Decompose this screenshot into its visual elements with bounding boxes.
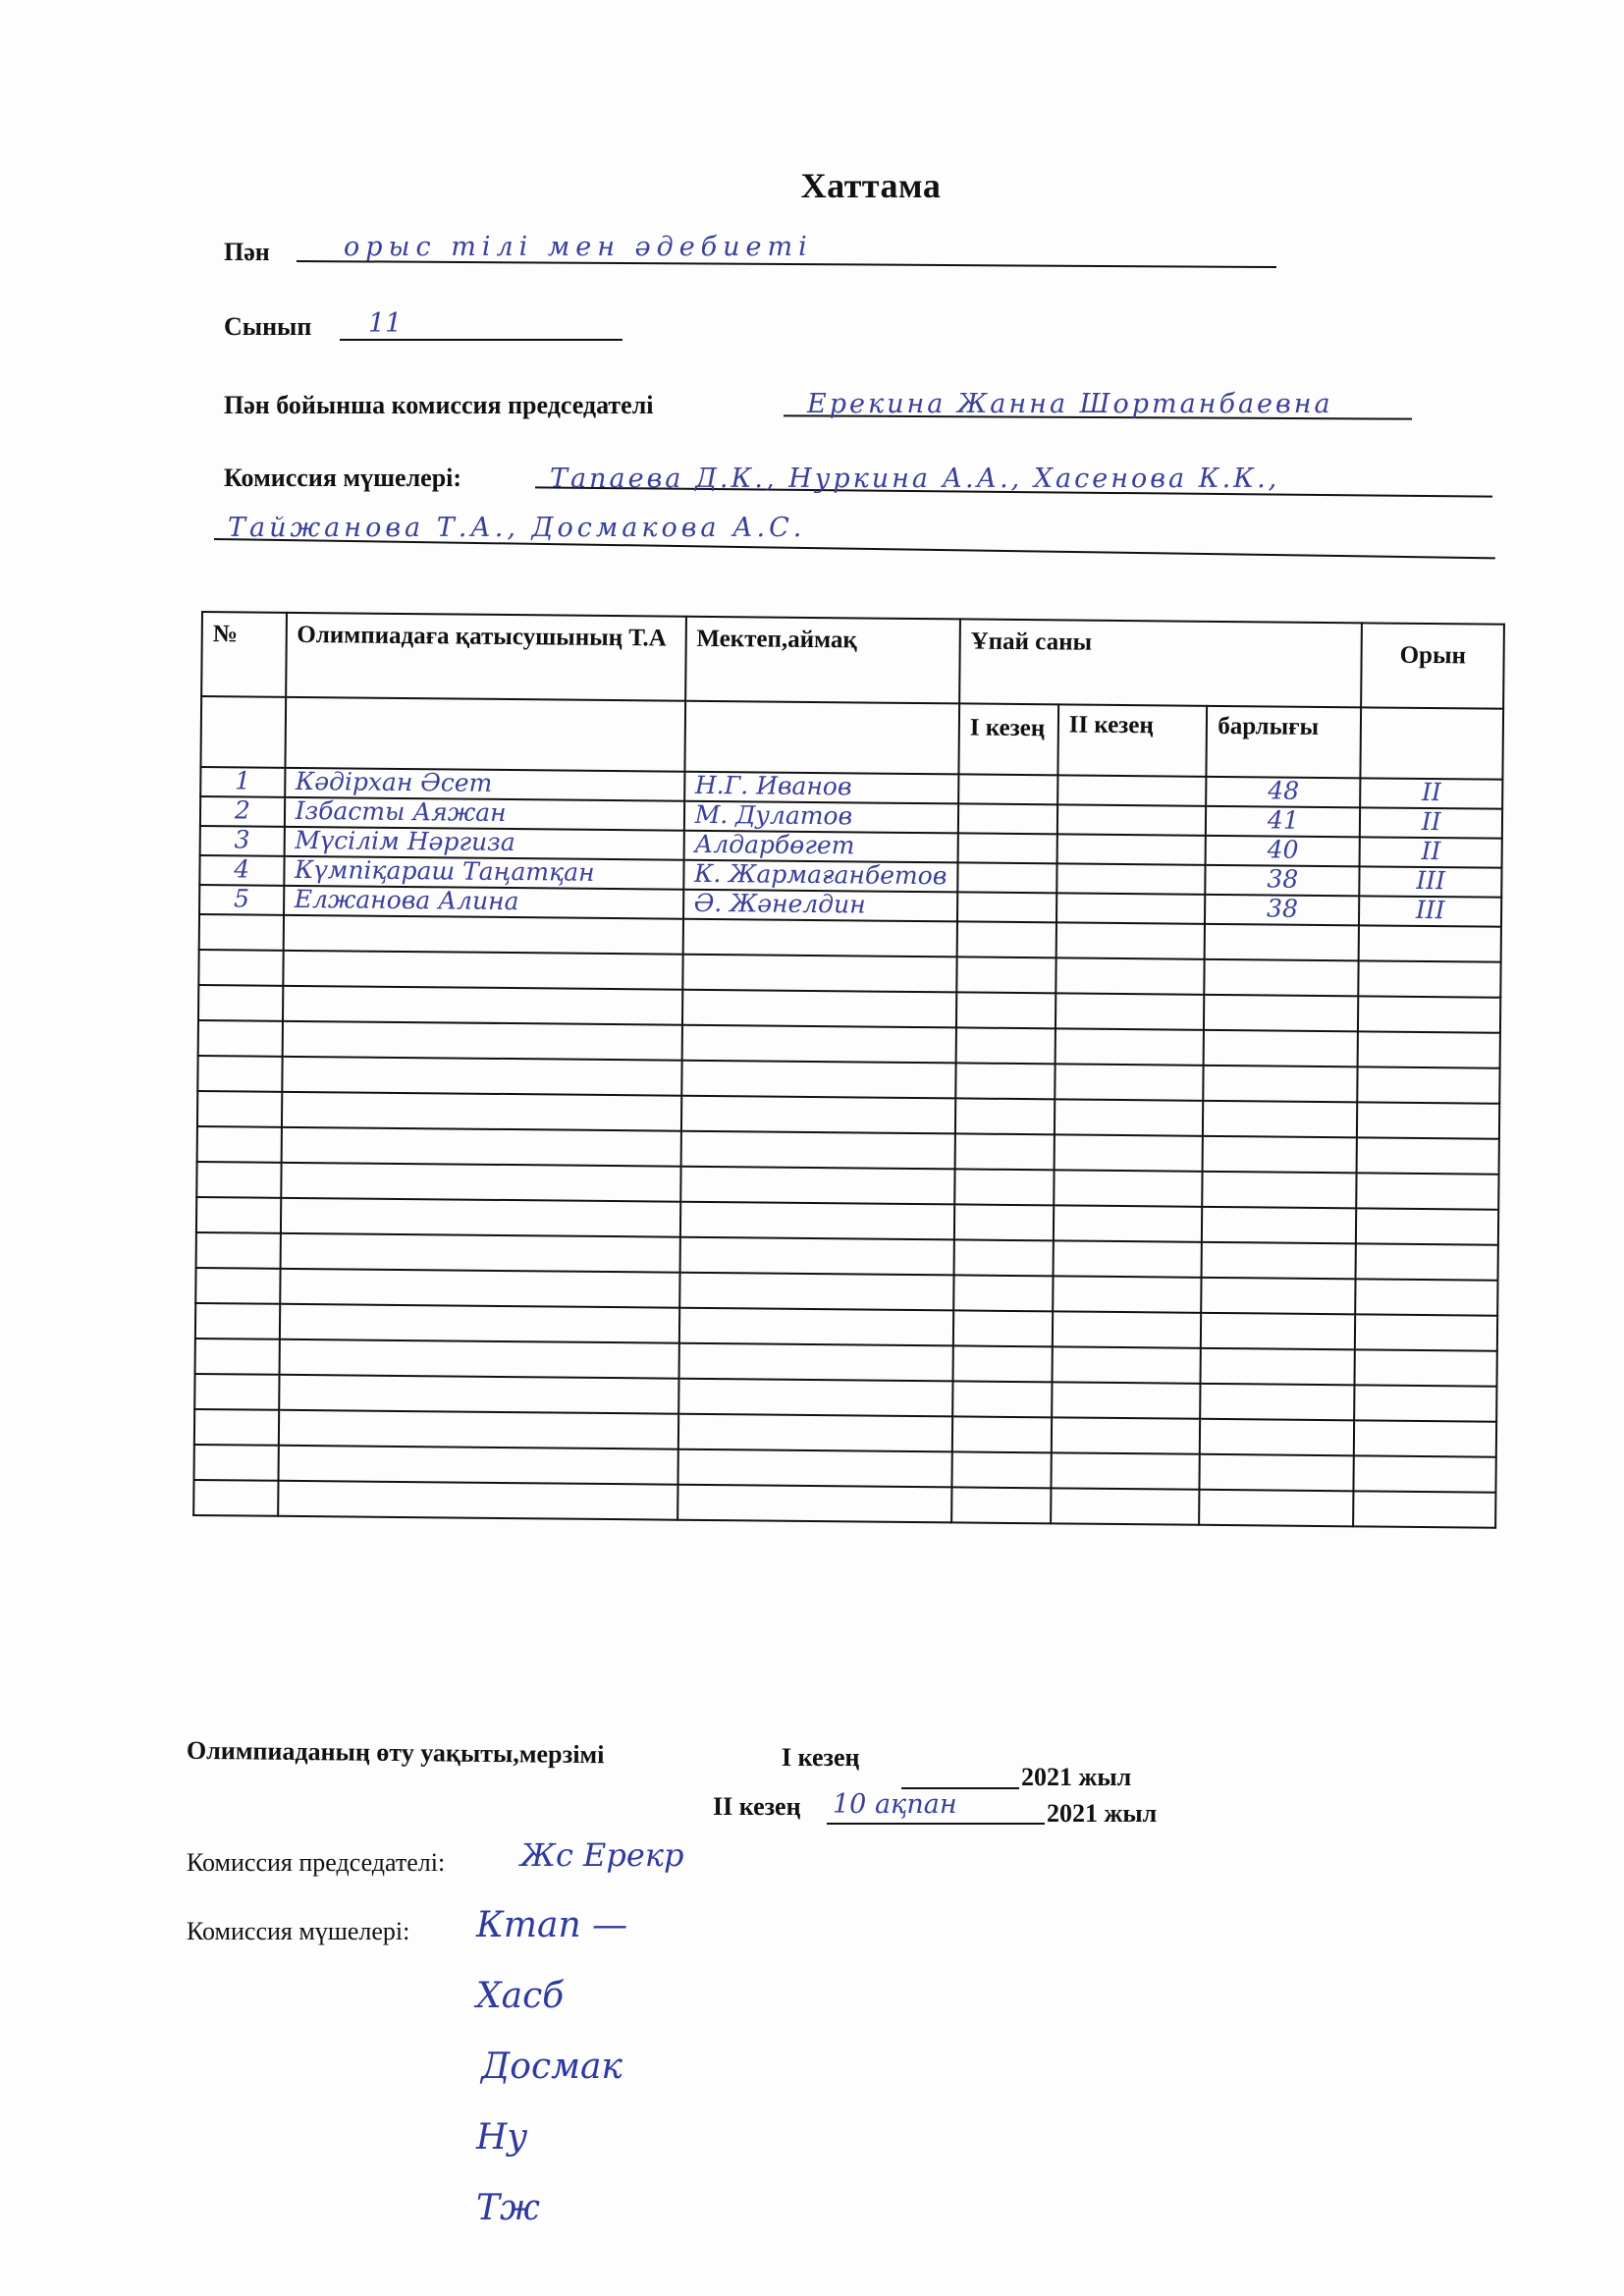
cell-place[interactable]: III — [1359, 896, 1501, 926]
member-signature: Хасб — [476, 1976, 564, 2016]
empty-cell-num[interactable] — [195, 1268, 280, 1304]
empty-cell-stage2[interactable] — [1054, 1205, 1203, 1241]
empty-cell-school[interactable] — [678, 1379, 953, 1417]
empty-cell-stage2[interactable] — [1052, 1382, 1201, 1418]
chair-label: Пән бойынша комиссия председателі — [224, 391, 654, 420]
cell-place[interactable]: III — [1360, 866, 1502, 897]
empty-cell-stage1[interactable] — [951, 1487, 1051, 1523]
empty-cell-total[interactable] — [1205, 959, 1359, 997]
cell-num[interactable]: 1 — [200, 767, 285, 797]
empty-cell-num[interactable] — [195, 1303, 280, 1339]
empty-cell-stage1[interactable] — [954, 1169, 1054, 1205]
cell-num[interactable]: 3 — [200, 826, 285, 856]
cell-stage2[interactable] — [1057, 775, 1207, 805]
empty-cell-stage2[interactable] — [1056, 922, 1205, 958]
empty-cell-total[interactable] — [1202, 1207, 1356, 1244]
empty-cell-place[interactable] — [1356, 1208, 1498, 1244]
empty-cell-place[interactable] — [1355, 1385, 1497, 1421]
members-label: Комиссия мүшелері: — [224, 464, 461, 493]
empty-cell-num[interactable] — [193, 1480, 278, 1516]
empty-cell-school[interactable] — [681, 1096, 956, 1134]
header-place: Орын — [1362, 623, 1504, 708]
empty-cell-stage1[interactable] — [955, 1063, 1055, 1099]
empty-cell-stage2[interactable] — [1052, 1346, 1201, 1383]
empty-cell-school[interactable] — [681, 1061, 956, 1099]
empty-cell-place[interactable] — [1359, 925, 1501, 961]
empty-cell-stage1[interactable] — [951, 1451, 1051, 1488]
empty-cell-stage1[interactable] — [954, 1133, 1054, 1170]
stage1-date-label: I кезең — [782, 1743, 859, 1773]
header-school: Мектеп,аймақ — [685, 617, 960, 704]
class-underline — [340, 339, 623, 341]
empty-cell-stage2[interactable] — [1055, 1064, 1204, 1100]
member-signature: Ктап — — [476, 1905, 627, 1945]
empty-cell-stage1[interactable] — [955, 1098, 1055, 1134]
header-num: № — [201, 612, 286, 697]
empty-cell-place[interactable] — [1359, 960, 1501, 997]
empty-cell-school[interactable] — [680, 1202, 955, 1240]
empty-cell-school[interactable] — [677, 1449, 952, 1488]
empty-cell-total[interactable] — [1201, 1348, 1355, 1386]
cell-stage1[interactable] — [957, 833, 1056, 863]
empty-cell-place[interactable] — [1357, 1173, 1499, 1209]
cell-num[interactable]: 4 — [199, 855, 284, 886]
chair-signature-label: Комиссия председателі: — [187, 1848, 445, 1878]
empty-cell-stage1[interactable] — [952, 1345, 1052, 1382]
empty-cell-num[interactable] — [197, 1091, 282, 1127]
cell-stage1[interactable] — [957, 862, 1056, 893]
empty-cell-stage2[interactable] — [1054, 1134, 1203, 1171]
empty-cell-num[interactable] — [194, 1409, 279, 1446]
header-row-1: № Олимпиадаға қатысушының Т.А Мектеп,айм… — [201, 612, 1504, 709]
empty-cell-place[interactable] — [1357, 1102, 1499, 1138]
empty-cell-stage2[interactable] — [1056, 957, 1205, 994]
empty-cell-stage2[interactable] — [1051, 1452, 1200, 1489]
subject-value[interactable]: орыс тілі мен әдебиеті — [344, 232, 813, 262]
cell-stage1[interactable] — [958, 803, 1057, 834]
empty-cell-num[interactable] — [195, 1339, 280, 1375]
cell-school[interactable]: Ә. Жәнелдин — [683, 890, 958, 922]
empty-cell-stage2[interactable] — [1054, 1170, 1203, 1206]
empty-cell-total[interactable] — [1204, 1030, 1358, 1067]
cell-stage2[interactable] — [1056, 893, 1206, 923]
empty-cell-place[interactable] — [1356, 1243, 1498, 1280]
chair-signature: Жс Ерекр — [520, 1836, 683, 1874]
cell-total[interactable]: 48 — [1207, 777, 1361, 808]
cell-total[interactable]: 38 — [1206, 865, 1360, 897]
empty-cell-stage1[interactable] — [956, 992, 1056, 1028]
empty-cell-school[interactable] — [682, 990, 957, 1028]
empty-cell-total[interactable] — [1201, 1384, 1355, 1421]
empty-cell-school[interactable] — [681, 1025, 956, 1064]
empty-cell-stage1[interactable] — [956, 1027, 1056, 1064]
cell-name[interactable]: Елжанова Алина — [284, 886, 683, 919]
empty-cell-place[interactable] — [1358, 1066, 1500, 1103]
empty-cell-school[interactable] — [682, 955, 957, 993]
empty-cell-total[interactable] — [1202, 1242, 1356, 1280]
empty-cell-place[interactable] — [1358, 1031, 1500, 1067]
empty-cell-school[interactable] — [680, 1131, 955, 1170]
cell-stage2[interactable] — [1056, 863, 1206, 894]
empty-cell-stage2[interactable] — [1052, 1417, 1201, 1453]
empty-cell-name[interactable] — [280, 1269, 679, 1308]
results-body: 1Кәдірхан ӘсетН.Г. Иванов48II2Ізбасты Ая… — [193, 767, 1502, 1528]
empty-cell-num[interactable] — [198, 1020, 283, 1057]
empty-cell-total[interactable] — [1204, 995, 1358, 1032]
cell-school[interactable]: Алдарбөгет — [683, 831, 958, 863]
cell-stage2[interactable] — [1056, 834, 1206, 864]
empty-cell-name[interactable] — [278, 1481, 677, 1520]
cell-num[interactable]: 5 — [199, 885, 284, 915]
empty-cell-stage2[interactable] — [1053, 1311, 1202, 1347]
class-value[interactable]: 11 — [368, 308, 402, 339]
empty-cell-stage1[interactable] — [952, 1381, 1052, 1417]
empty-cell-total[interactable] — [1200, 1490, 1354, 1527]
subject-label: Пән — [224, 238, 270, 267]
document-title: Хаттама — [0, 165, 1624, 206]
cell-total[interactable]: 41 — [1206, 806, 1360, 838]
empty-cell-num[interactable] — [198, 985, 283, 1021]
stage2-year: 2021 жыл — [1047, 1799, 1157, 1829]
header-total: барлығы — [1207, 706, 1362, 779]
empty-cell-total[interactable] — [1203, 1172, 1357, 1209]
empty-cell-school[interactable] — [677, 1414, 952, 1452]
results-table: № Олимпиадаға қатысушының Т.А Мектеп,айм… — [192, 611, 1505, 1529]
empty-cell-total[interactable] — [1203, 1101, 1357, 1138]
empty-cell-total[interactable] — [1200, 1419, 1354, 1456]
cell-total[interactable]: 38 — [1205, 895, 1359, 926]
cell-total[interactable]: 40 — [1206, 836, 1360, 867]
empty-cell-school[interactable] — [679, 1273, 954, 1311]
stage2-date-underline — [827, 1823, 1045, 1825]
cell-stage1[interactable] — [958, 774, 1057, 804]
empty-cell-stage2[interactable] — [1053, 1240, 1202, 1277]
empty-cell-num[interactable] — [199, 914, 284, 951]
cell-place[interactable]: II — [1360, 837, 1502, 867]
empty-cell-stage2[interactable] — [1055, 1099, 1204, 1135]
empty-cell-school[interactable] — [677, 1485, 952, 1523]
cell-place[interactable]: II — [1360, 807, 1502, 838]
chair-value[interactable]: Ерекина Жанна Шортанбаевна — [807, 389, 1333, 419]
empty-cell-place[interactable] — [1358, 996, 1500, 1032]
empty-cell-total[interactable] — [1200, 1454, 1354, 1492]
members-value-line2[interactable]: Тайжанова Т.А., Досмакова А.С. — [228, 513, 805, 543]
empty-cell-name[interactable] — [283, 951, 682, 990]
empty-cell-stage2[interactable] — [1053, 1276, 1202, 1312]
empty-cell-num[interactable] — [196, 1232, 281, 1269]
empty-cell-num[interactable] — [196, 1162, 281, 1198]
empty-cell-place[interactable] — [1354, 1455, 1496, 1492]
empty-cell-name[interactable] — [281, 1198, 680, 1237]
stage2-date-label: II кезең — [713, 1792, 801, 1822]
empty-cell-name[interactable] — [283, 986, 682, 1025]
empty-cell-stage1[interactable] — [957, 921, 1056, 957]
dates-label: Олимпиаданың өту уақыты,мерзімі — [187, 1736, 605, 1770]
empty-cell-stage1[interactable] — [954, 1204, 1054, 1240]
empty-cell-name[interactable] — [278, 1410, 677, 1449]
empty-cell-stage1[interactable] — [953, 1239, 1053, 1276]
members-value-line1[interactable]: Тапаева Д.К., Нуркина А.А., Хасенова К.К… — [550, 464, 1279, 494]
empty-cell-school[interactable] — [680, 1167, 955, 1205]
empty-cell-num[interactable] — [198, 950, 283, 986]
cell-stage1[interactable] — [957, 892, 1056, 922]
empty-cell-num[interactable] — [194, 1445, 279, 1481]
empty-cell-place[interactable] — [1354, 1420, 1496, 1456]
stage1-year: 2021 жыл — [1021, 1763, 1131, 1792]
empty-cell-school[interactable] — [679, 1237, 954, 1276]
cell-school[interactable]: Н.Г. Иванов — [684, 772, 959, 804]
empty-cell-stage1[interactable] — [953, 1275, 1053, 1311]
empty-cell-name[interactable] — [282, 1057, 681, 1096]
empty-cell-name[interactable] — [278, 1446, 677, 1485]
empty-cell-total[interactable] — [1201, 1313, 1355, 1350]
empty-cell-total[interactable] — [1205, 924, 1359, 961]
empty-cell-school[interactable] — [678, 1343, 953, 1382]
cell-place[interactable]: II — [1361, 778, 1503, 808]
empty-cell-school[interactable] — [682, 919, 957, 957]
empty-cell-name[interactable] — [279, 1339, 678, 1379]
empty-cell-stage2[interactable] — [1056, 993, 1205, 1029]
members-signature-label: Комиссия мүшелері: — [187, 1917, 409, 1946]
empty-cell-name[interactable] — [282, 1021, 681, 1061]
empty-cell-place[interactable] — [1357, 1137, 1499, 1174]
empty-cell-total[interactable] — [1204, 1066, 1358, 1103]
header-stage2: II кезең — [1057, 704, 1207, 776]
empty-cell-total[interactable] — [1202, 1278, 1356, 1315]
empty-cell-place[interactable] — [1356, 1279, 1498, 1315]
cell-num[interactable]: 2 — [200, 796, 285, 827]
empty-cell-name[interactable] — [279, 1375, 678, 1414]
member-signature: Тж — [476, 2188, 540, 2228]
cell-school[interactable]: К. Жармағанбетов — [683, 860, 958, 893]
header-score: Ұпай саны — [959, 619, 1362, 707]
header-name: Олимпиадаға қатысушының Т.А — [286, 613, 686, 701]
cell-stage2[interactable] — [1057, 804, 1207, 835]
empty-cell-place[interactable] — [1354, 1491, 1496, 1527]
empty-cell-name[interactable] — [282, 1092, 681, 1131]
stage2-date-value[interactable]: 10 ақпан — [833, 1789, 957, 1820]
empty-cell-stage2[interactable] — [1051, 1488, 1200, 1524]
empty-cell-name[interactable] — [280, 1233, 679, 1273]
empty-cell-name[interactable] — [281, 1163, 680, 1202]
cell-school[interactable]: М. Дулатов — [684, 801, 959, 834]
header-stage1: I кезең — [958, 703, 1058, 775]
empty-cell-name[interactable] — [281, 1127, 680, 1167]
empty-cell-school[interactable] — [679, 1308, 954, 1346]
empty-cell-num[interactable] — [194, 1374, 279, 1410]
empty-cell-name[interactable] — [279, 1304, 678, 1343]
empty-cell-stage1[interactable] — [953, 1310, 1053, 1346]
empty-cell-num[interactable] — [197, 1126, 282, 1163]
empty-cell-place[interactable] — [1355, 1349, 1497, 1386]
member-signature: Досмак — [481, 2047, 623, 2087]
member-signature: Ну — [476, 2117, 527, 2158]
empty-cell-place[interactable] — [1355, 1314, 1497, 1350]
empty-cell-num[interactable] — [197, 1056, 282, 1092]
empty-cell-stage2[interactable] — [1055, 1028, 1204, 1065]
empty-cell-name[interactable] — [283, 915, 682, 955]
empty-cell-total[interactable] — [1203, 1136, 1357, 1174]
empty-cell-stage1[interactable] — [956, 957, 1056, 993]
class-label: Сынып — [224, 312, 311, 342]
empty-cell-stage1[interactable] — [952, 1416, 1052, 1452]
empty-cell-num[interactable] — [196, 1197, 281, 1233]
